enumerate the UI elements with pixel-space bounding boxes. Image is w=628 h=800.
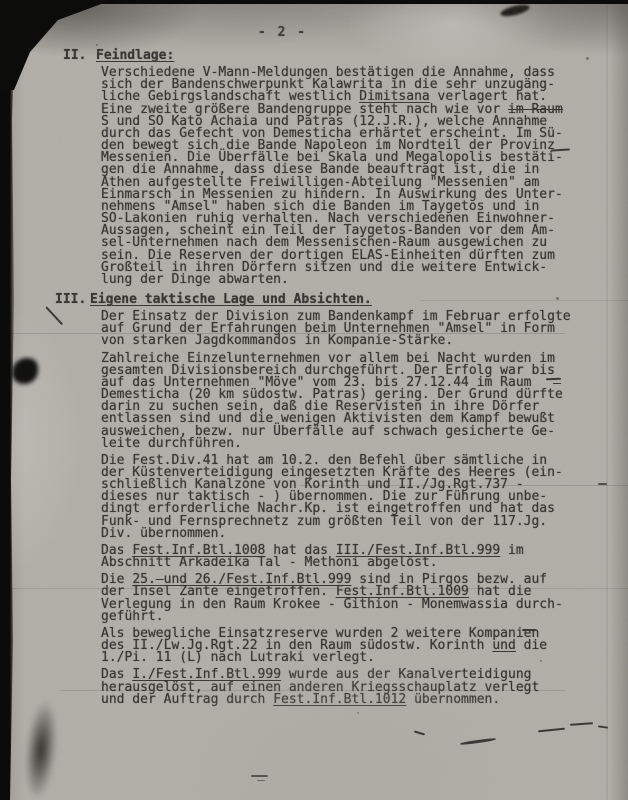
ink-blob-left-margin xyxy=(12,358,38,384)
pencil-scribble-bottom xyxy=(414,731,425,736)
document-body: II.Feindlage:Verschiedene V-Mann-Meldung… xyxy=(101,50,591,711)
pencil-slash-mark xyxy=(45,306,63,325)
page-number: - 2 - xyxy=(258,25,307,40)
pencil-dash-bottom-center xyxy=(251,775,268,777)
section-numeral: II. xyxy=(63,50,86,62)
text-line: lung der Dinge abwarten. xyxy=(101,274,591,286)
paragraph: Zahlreiche Einzelunternehmen vor allem b… xyxy=(101,353,591,450)
paragraph: Die 25. und 26./Fest.Inf.Btl.999 sind in… xyxy=(101,574,591,623)
pencil-scribble-bottom xyxy=(538,728,565,733)
section-numeral: III. xyxy=(55,294,86,306)
pencil-scribble-bottom xyxy=(460,738,496,746)
section-heading: III.Eigene taktische Lage und Absichten. xyxy=(90,294,591,306)
scan-edge-top xyxy=(0,0,628,4)
paragraph: Das I./Fest.Inf.Btl.999 wurde aus der Ka… xyxy=(101,669,591,705)
paragraph: Als bewegliche Einsatzreserve wurden 2 w… xyxy=(101,628,591,664)
scan-edge-left xyxy=(0,0,16,800)
paper-speck xyxy=(357,712,359,714)
smudge-bottom-left xyxy=(21,699,61,800)
paragraph: Das Fest.Inf.Btl.1008 hat das III./Fest.… xyxy=(101,545,591,569)
paragraph: Der Einsatz der Division zum Bandenkampf… xyxy=(101,311,591,347)
text-line: leite durchführen. xyxy=(101,438,591,450)
text-line: Abschnitt Arkadeika Tal - Methoni abgelö… xyxy=(101,557,591,569)
paragraph: Verschiedene V-Mann-Meldungen bestätigen… xyxy=(101,67,591,286)
text-line: Div. übernommen. xyxy=(101,528,591,540)
text-line: geführt. xyxy=(101,611,591,623)
text-line: Verlegung in den Raum Krokee - Githion -… xyxy=(101,599,591,611)
paper-speck xyxy=(96,44,98,46)
section-II: II.Feindlage:Verschiedene V-Mann-Meldung… xyxy=(101,50,591,286)
text-line: 1./Pi. 11 (L) nach Lutraki verlegt. xyxy=(101,652,591,664)
section-heading: II.Feindlage: xyxy=(96,50,591,62)
paper-fold-line xyxy=(606,0,608,800)
dark-mark-top-right xyxy=(499,3,530,19)
pencil-dash-right-margin xyxy=(598,483,607,485)
paragraph: Die Fest.Div.41 hat am 10.2. den Befehl … xyxy=(101,455,591,540)
text-line: von starken Jagdkommandos in Kompanie-St… xyxy=(101,335,591,347)
section-title: Eigene taktische Lage und Absichten. xyxy=(90,292,372,307)
pencil-scribble-bottom xyxy=(598,725,608,728)
pencil-scribble-bottom xyxy=(570,722,593,726)
section-III: III.Eigene taktische Lage und Absichten.… xyxy=(101,294,591,706)
section-title: Feindlage: xyxy=(96,48,174,63)
text-line: und der Auftrag durch Fest.Inf.Btl.1012 … xyxy=(101,694,591,706)
pencil-dash-bottom-center xyxy=(257,780,265,781)
scanned-page: - 2 - II.Feindlage:Verschiedene V-Mann-M… xyxy=(0,0,628,800)
